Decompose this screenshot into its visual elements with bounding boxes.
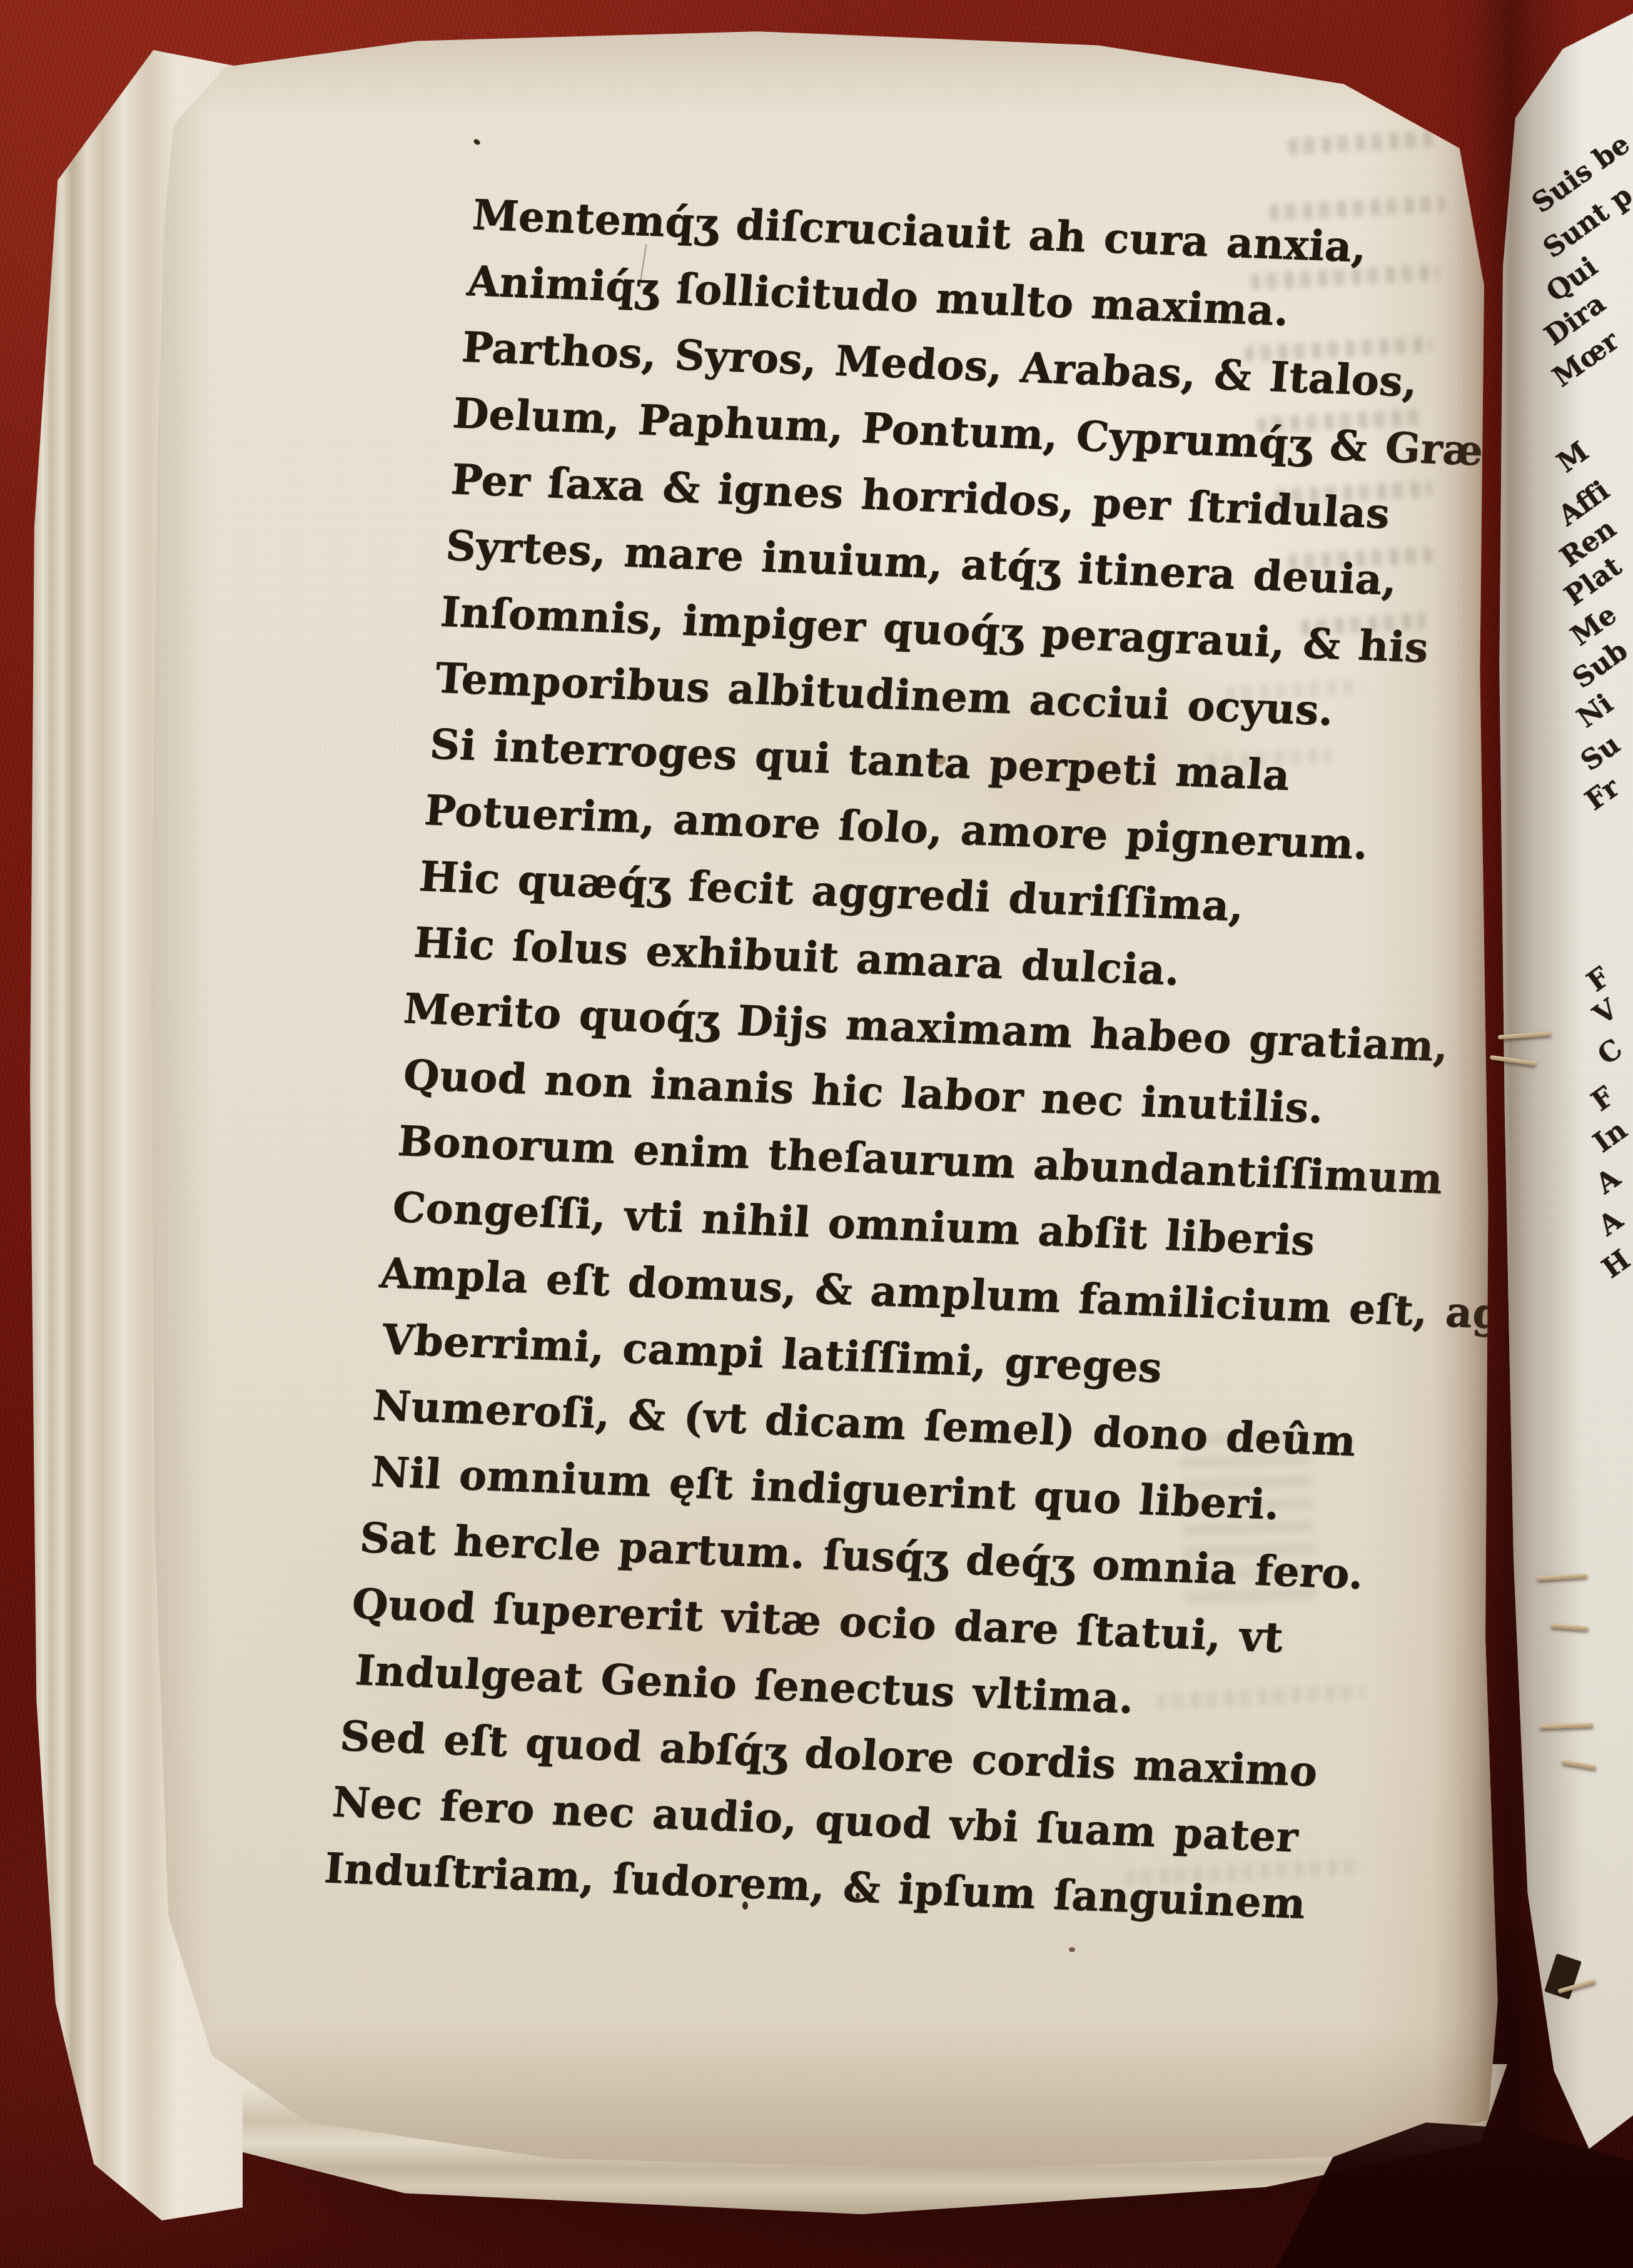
- verse-line: Congeſſi, vti nihil omnium abſit liberis: [390, 1173, 1583, 1283]
- right-page-text-fragment: F: [1581, 961, 1615, 998]
- right-page-text-fragment: M: [1551, 435, 1594, 479]
- verse-line: Numeroſi, & (vt dicam ſemel) dono deûm: [370, 1372, 1567, 1482]
- verse-line: Hic ſolus exhibuit amara dulcia.: [412, 909, 1604, 1018]
- showthrough-ghost: [1288, 547, 1432, 570]
- verse-line: Quod non inanis hic labor nec inutilis.: [401, 1041, 1594, 1151]
- verse-line: Mentemq́ʒ diſcruciauit ah cura anxia,: [470, 181, 1633, 291]
- verse-line: Induſtriam, ſudorem, & ipſum ſanguinem: [322, 1835, 1530, 1945]
- showthrough-ghost: [1245, 336, 1433, 362]
- paper-stain: [936, 755, 946, 765]
- verse-line: Nec fero nec audio, quod vbi ſuam pater: [330, 1768, 1535, 1878]
- verse-line: Sat hercle partum. ſusq́ʒ deq́ʒ omnia fe…: [357, 1504, 1556, 1614]
- verse-line: Si interroges qui tanta perpeti mala: [427, 711, 1620, 820]
- showthrough-ghost: [1300, 613, 1426, 635]
- right-page-text-fragment: Su: [1575, 728, 1626, 777]
- verse-line: Merito quoq́ʒ Dijs maximam habeo gratiam…: [401, 975, 1599, 1085]
- verse-line: Vberrimi, campi latiſſimi, greges: [380, 1306, 1572, 1415]
- verse-line: Ampla eſt domus, & amplum familicium eſt…: [377, 1240, 1577, 1350]
- right-page-text-fragment: C: [1592, 1033, 1628, 1071]
- right-page-text-fragment: Ni: [1571, 687, 1619, 734]
- verse-line: Sed eſt quod abſq́ʒ dolore cordis maximo: [338, 1703, 1540, 1813]
- verse-text-block: Mentemq́ʒ diſcruciauit ah cura anxia, An…: [337, 181, 1633, 1945]
- verse-line: Syrtes, mare inuium, atq́ʒ itinera deuia…: [443, 512, 1633, 622]
- ink-speck: [856, 1893, 860, 1899]
- verse-line: Temporibus albitudinem acciui ocyus.: [433, 644, 1625, 754]
- showthrough-ghost: [1270, 196, 1445, 221]
- right-page-text-fragment: F: [1585, 1080, 1620, 1118]
- showthrough-ghost: [1288, 131, 1438, 155]
- right-page-text-fragment: V: [1587, 993, 1624, 1031]
- left-page: Mentemq́ʒ diſcruciauit ah cura anxia, An…: [144, 28, 1507, 2174]
- verse-line: Indulgeat Genio ſenectus vltima.: [353, 1637, 1545, 1746]
- showthrough-ghost: [1275, 480, 1432, 505]
- verse-line: Delum, Paphum, Pontum, Cyprumq́ʒ & Græci…: [450, 380, 1633, 490]
- verse-line: Hic quæq́ʒ fecit aggredi duriſſima,: [417, 843, 1609, 953]
- verse-line: Animiq́ʒ ſollicitudo multo maxima.: [465, 248, 1633, 357]
- verse-line: Potuerim, amore ſolo, amore pignerum.: [422, 777, 1615, 886]
- verse-line: Nil omnium ęſt indiguerint quo liberi.: [369, 1438, 1562, 1547]
- showthrough-ghost: [1126, 1858, 1364, 1886]
- verse-line: Bonorum enim theſaurum abundantiſſimum: [395, 1108, 1588, 1217]
- ink-speck: [1069, 1947, 1075, 1952]
- verse-line: Parthos, Syros, Medos, Arabas, & Italos,: [459, 314, 1633, 423]
- right-page-text-fragment: A: [1590, 1162, 1626, 1200]
- right-page-text-fragment: A: [1592, 1204, 1629, 1242]
- right-page-text-fragment: In: [1587, 1114, 1633, 1159]
- showthrough-ghost: [1251, 264, 1439, 290]
- ink-speck: [742, 1901, 748, 1910]
- showthrough-ghost: [1206, 747, 1332, 770]
- showthrough-ghost: [1225, 678, 1363, 701]
- right-page-text-fragment: H: [1596, 1243, 1633, 1285]
- showthrough-ghost: [1257, 408, 1427, 433]
- right-page-text-fragment: Fr: [1579, 771, 1625, 817]
- paper-stain: [938, 625, 1263, 888]
- paper-crease: [639, 244, 647, 287]
- ink-speck: [473, 138, 482, 146]
- paper-stain: [582, 1498, 982, 1698]
- verse-line: Quod ſupererit vitæ ocio dare ſtatui, vt: [350, 1570, 1551, 1680]
- verse-line: Inſomnis, impiger quoq́ʒ peragraui, & hi…: [438, 579, 1630, 688]
- verse-line: Per ſaxa & ignes horridos, per ſtridulas: [448, 446, 1633, 555]
- showthrough-ghost: [1179, 1417, 1317, 1603]
- showthrough-ghost: [1157, 1683, 1364, 1710]
